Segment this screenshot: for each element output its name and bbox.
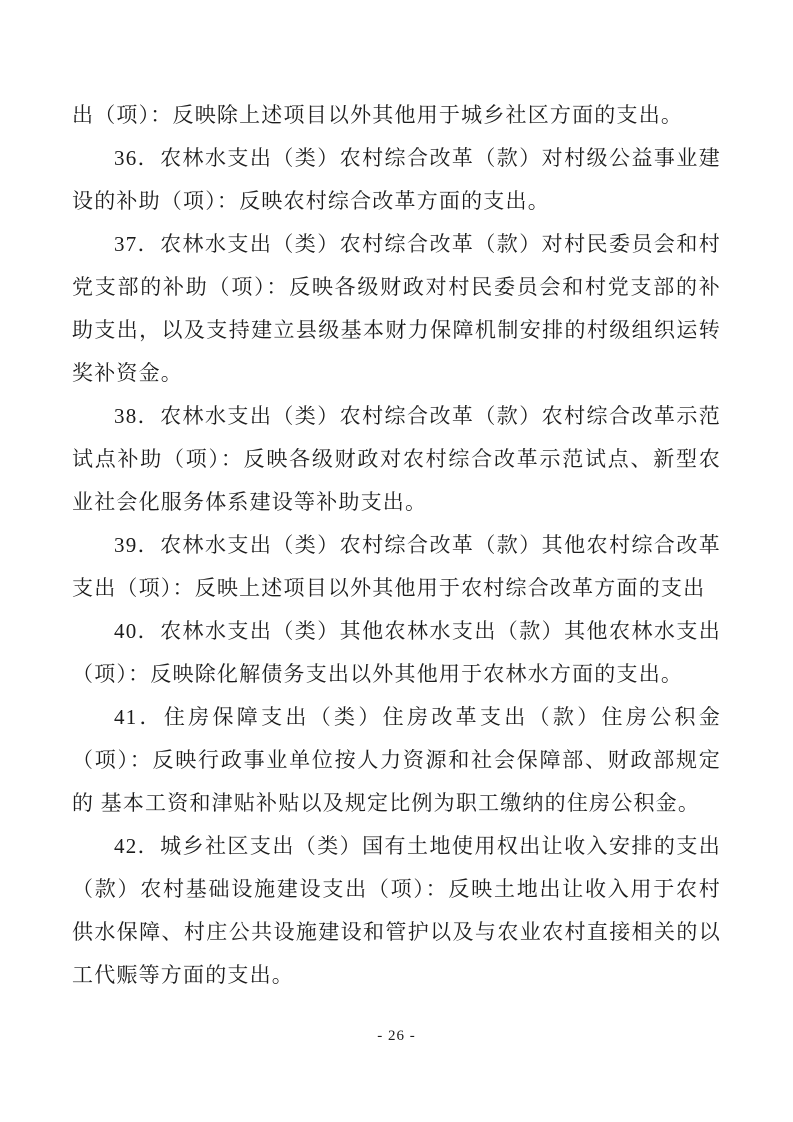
document-page: 出（项）：反映除上述项目以外其他用于城乡社区方面的支出。36．农林水支出（类）农… — [0, 0, 793, 1122]
paragraph: 出（项）：反映除上述项目以外其他用于城乡社区方面的支出。 — [72, 94, 721, 137]
paragraph-list: 出（项）：反映除上述项目以外其他用于城乡社区方面的支出。36．农林水支出（类）农… — [72, 94, 721, 997]
paragraph: 38．农林水支出（类）农村综合改革（款）农村综合改革示范试点补助（项）：反映各级… — [72, 395, 721, 524]
paragraph: 36．农林水支出（类）农村综合改革（款）对村级公益事业建设的补助（项）：反映农村… — [72, 137, 721, 223]
paragraph: 39．农林水支出（类）农村综合改革（款）其他农村综合改革支出（项）：反映上述项目… — [72, 524, 721, 610]
paragraph: 40．农林水支出（类）其他农林水支出（款）其他农林水支出（项）：反映除化解债务支… — [72, 610, 721, 696]
paragraph: 42．城乡社区支出（类）国有土地使用权出让收入安排的支出（款）农村基础设施建设支… — [72, 825, 721, 997]
paragraph: 37．农林水支出（类）农村综合改革（款）对村民委员会和村党支部的补助（项）：反映… — [72, 223, 721, 395]
text-content: 出（项）：反映除上述项目以外其他用于城乡社区方面的支出。36．农林水支出（类）农… — [72, 94, 721, 997]
page-number: - 26 - — [0, 1028, 793, 1045]
paragraph: 41．住房保障支出（类）住房改革支出（款）住房公积金（项）：反映行政事业单位按人… — [72, 696, 721, 825]
